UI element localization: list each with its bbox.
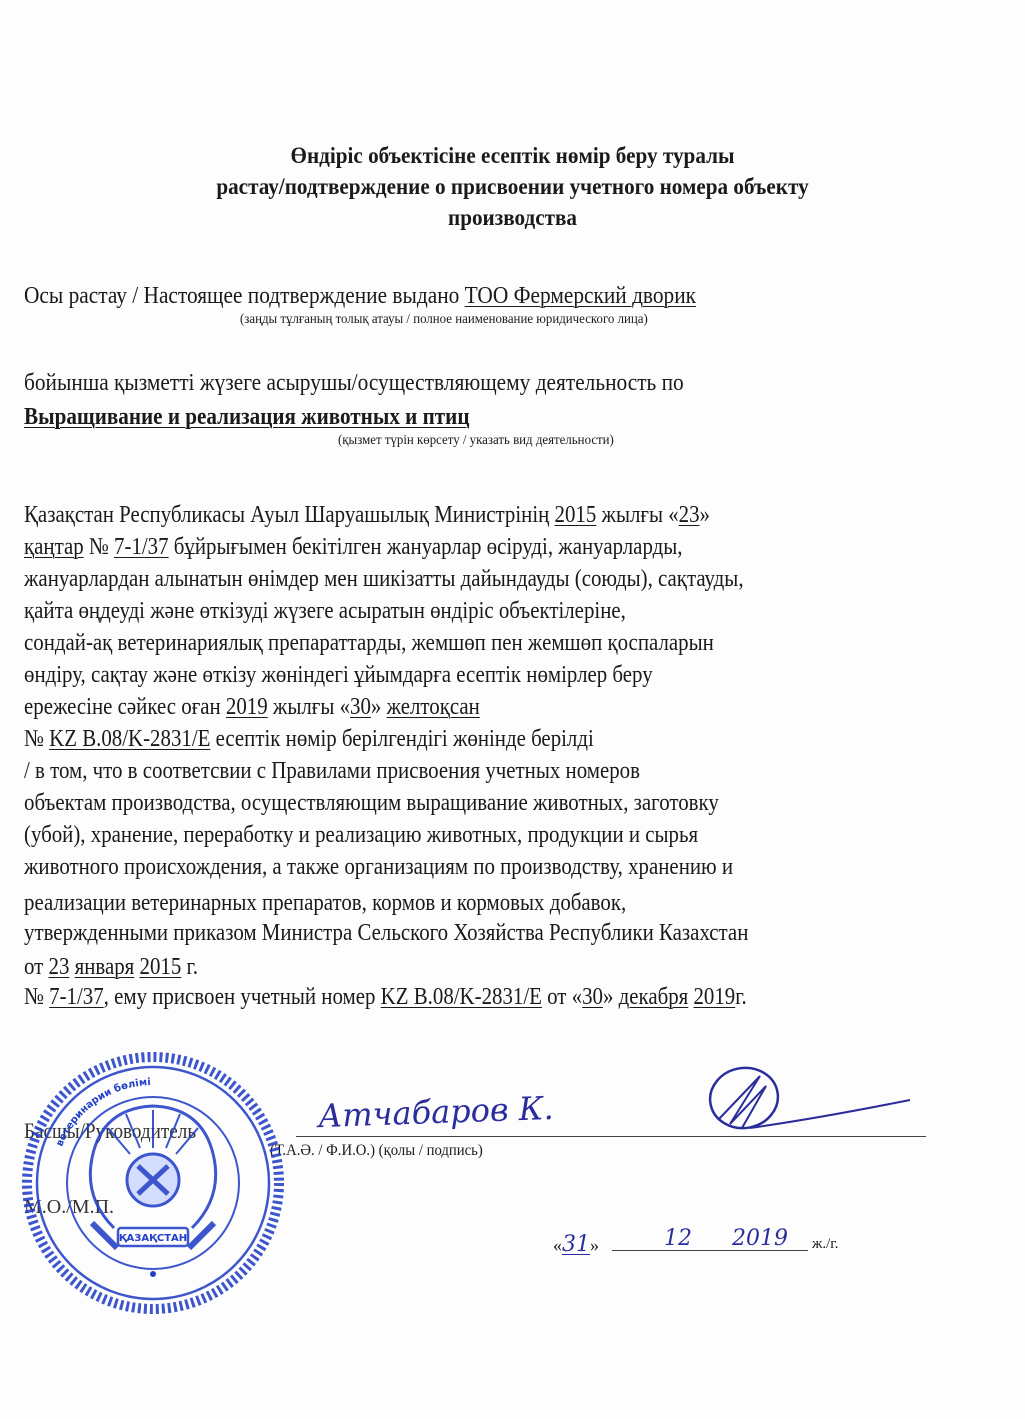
- text: жылғы «: [268, 694, 350, 720]
- ru-line-8: № 7-1/37, ему присвоен учетный номер KZ …: [24, 982, 747, 1012]
- registration-number: KZ B.08/K-2831/E: [381, 984, 542, 1010]
- title-line-1: Өндіріс объектісіне есептік нөмір беру т…: [41, 140, 984, 171]
- assign-year: 2019: [693, 984, 735, 1010]
- text: №: [84, 534, 114, 560]
- text: жылғы «: [596, 502, 678, 528]
- handwritten-name: Атчабаров К.: [317, 1089, 554, 1135]
- activity-caption: (қызмет түрін көрсету / указать вид деят…: [338, 433, 614, 449]
- text: ережесіне сәйкес оған: [24, 694, 226, 720]
- issued-to-line: Осы растау / Настоящее подтверждение выд…: [24, 281, 696, 311]
- assign-day: 30: [350, 694, 371, 720]
- official-stamp-icon: ветеринарии бөлімі ҚАЗАҚСТАН: [22, 1048, 284, 1318]
- text: «: [553, 1235, 562, 1255]
- kz-line-1: Қазақстан Республикасы Ауыл Шаруашылық М…: [24, 500, 710, 530]
- text: Қазақстан Республикасы Ауыл Шаруашылық М…: [24, 502, 555, 528]
- title-line-2: растау/подтверждение о присвоении учетно…: [41, 171, 984, 202]
- text: »: [603, 984, 619, 1010]
- kz-line-8: № KZ B.08/K-2831/E есептік нөмір берілге…: [24, 724, 594, 754]
- company-name: ТОО Фермерский дворик: [465, 283, 696, 309]
- activity-value: Выращивание и реализация животных и птиц: [24, 402, 470, 432]
- assign-month: желтоқсан: [387, 694, 480, 720]
- text: »: [371, 694, 387, 720]
- signature-caption: (Т.А.Ә. / Ф.И.О.) (қолы / подпись): [270, 1143, 483, 1159]
- ru-line-3: (убой), хранение, переработку и реализац…: [24, 820, 698, 850]
- title-line-3: производства: [41, 202, 984, 233]
- signature-scribble-icon: [700, 1058, 930, 1138]
- ru-line-6: утвержденными приказом Министра Сельског…: [24, 918, 748, 948]
- text: №: [24, 984, 49, 1010]
- kz-line-3: жануарлардан алынатын өнімдер мен шикіза…: [24, 564, 744, 594]
- order-year: 2015: [140, 954, 182, 980]
- kz-line-7: ережесіне сәйкес оған 2019 жылғы «30» же…: [24, 692, 480, 722]
- kz-line-6: өндіру, сақтау және өткізу жөніндегі ұйы…: [24, 660, 653, 690]
- document-title: Өндіріс объектісіне есептік нөмір беру т…: [41, 140, 984, 233]
- text: бұйрығымен бекітілген жануарлар өсіруді,…: [169, 534, 683, 560]
- text: №: [24, 726, 49, 752]
- order-number: 7-1/37: [49, 984, 104, 1010]
- text: »: [590, 1235, 599, 1255]
- kz-line-4: қайта өңдеуді және өткізуді жүзеге асыра…: [24, 596, 626, 626]
- date-suffix: ж./г.: [812, 1236, 839, 1253]
- date-year: 2019: [732, 1226, 788, 1251]
- order-day: 23: [49, 954, 70, 980]
- assign-day: 30: [582, 984, 603, 1010]
- order-month: января: [75, 954, 135, 980]
- stamp-center-text: ҚАЗАҚСТАН: [119, 1233, 187, 1244]
- registration-number: KZ B.08/K-2831/E: [49, 726, 210, 752]
- ru-line-2: объектам производства, осуществляющим вы…: [24, 788, 719, 818]
- order-day: 23: [679, 502, 700, 528]
- text: »: [700, 502, 710, 528]
- ru-line-7: от 23 января 2015 г.: [24, 952, 198, 982]
- kz-line-2: қаңтар № 7-1/37 бұйрығымен бекітілген жа…: [24, 532, 682, 562]
- assign-month: декабря: [619, 984, 689, 1010]
- document-page: Өндіріс объектісіне есептік нөмір беру т…: [0, 0, 1025, 1419]
- date-month: 12: [664, 1226, 692, 1251]
- text: , ему присвоен учетный номер: [104, 984, 381, 1010]
- date-day: 31: [562, 1232, 590, 1257]
- text: от: [24, 954, 49, 980]
- order-number: 7-1/37: [114, 534, 169, 560]
- ru-line-1: / в том, что в соответсвии с Правилами п…: [24, 756, 640, 786]
- order-year: 2015: [555, 502, 597, 528]
- company-caption: (заңды тұлғаның толық атауы / полное наи…: [240, 312, 648, 328]
- ru-line-5: реализации ветеринарных препаратов, корм…: [24, 888, 626, 918]
- kz-line-5: сондай-ақ ветеринариялық препараттарды, …: [24, 628, 714, 658]
- issued-to-prefix: Осы растау / Настоящее подтверждение выд…: [24, 283, 465, 309]
- activity-prefix: бойынша қызметті жүзеге асырушы/осуществ…: [24, 368, 684, 398]
- signature-date: «31»: [553, 1232, 599, 1257]
- text: г.: [735, 984, 746, 1010]
- ru-line-4: животного происхождения, а также организ…: [24, 852, 733, 882]
- text: от «: [542, 984, 582, 1010]
- order-month: қаңтар: [24, 534, 84, 560]
- text: г.: [181, 954, 198, 980]
- text: есептік нөмір берілгендігі жөнінде беріл…: [210, 726, 593, 752]
- assign-year: 2019: [226, 694, 268, 720]
